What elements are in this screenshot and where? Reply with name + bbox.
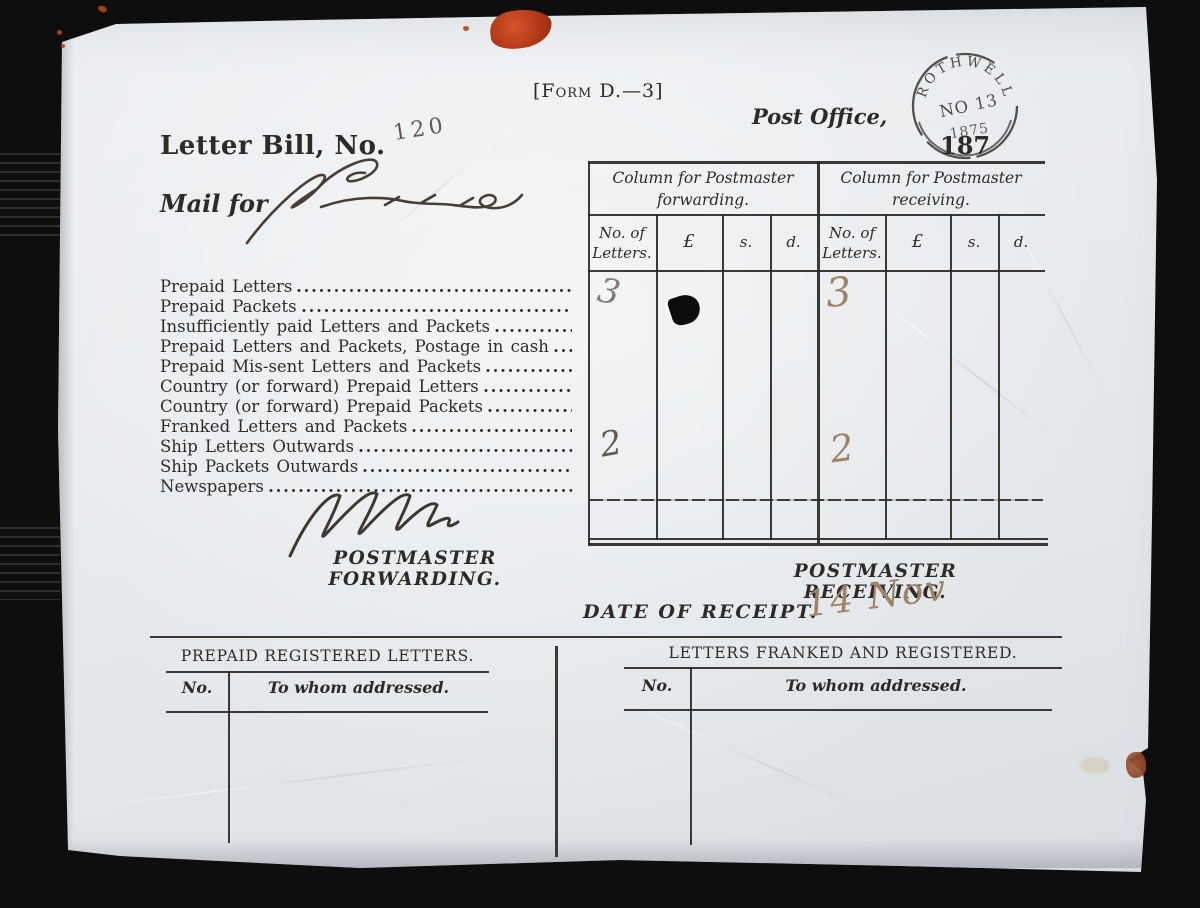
dotted-leader <box>495 328 572 333</box>
letter-bill-number-handwritten: 120 <box>391 113 448 146</box>
col-header-pounds: £ <box>656 231 722 252</box>
red-speck <box>61 44 65 48</box>
entry-forwarding-prepaid-letters: 3 <box>594 270 623 314</box>
item-label: Ship Letters Outwards <box>160 437 354 457</box>
right-col-addressed: To whom addressed. <box>690 676 1062 695</box>
dotted-leader <box>363 468 572 473</box>
form-number: [Form D.—3] <box>533 80 664 102</box>
prepaid-registered-letters-title: PREPAID REGISTERED LETTERS. <box>166 647 489 665</box>
table-rule <box>998 214 1000 540</box>
item-label: Country (or forward) Prepaid Packets <box>160 397 483 417</box>
red-speck <box>97 5 108 14</box>
section-divider-rule <box>150 636 1062 638</box>
svg-text:ROTHWELL: ROTHWELL <box>914 53 1017 101</box>
receiving-header-line2: receiving. <box>892 191 970 209</box>
item-label: Insufficiently paid Letters and Packets <box>160 317 490 337</box>
dotted-leader <box>302 308 572 313</box>
dotted-leader <box>412 428 572 433</box>
mail-for-handwritten-scrawl <box>225 145 535 250</box>
list-item: Ship Letters Outwards <box>160 437 574 457</box>
dotted-leader <box>359 448 572 453</box>
entry-receiving-prepaid-letters: 3 <box>824 269 853 317</box>
table-rule <box>166 671 489 673</box>
table-rule <box>885 214 887 540</box>
col-header-shillings: s. <box>950 233 998 251</box>
letters-franked-registered-title: LETTERS FRANKED AND REGISTERED. <box>624 644 1062 662</box>
mail-category-list: Prepaid Letters Prepaid Packets Insuffic… <box>160 277 574 497</box>
postmark-rothwell: ROTHWELL NO 13 1875 <box>903 46 1029 168</box>
item-label: Country (or forward) Prepaid Letters <box>160 377 479 397</box>
postmark-town: ROTHWELL <box>914 53 1017 101</box>
red-spot-right-edge <box>1126 752 1146 778</box>
dotted-leader <box>484 388 572 393</box>
entry-forwarding-franked: 2 <box>597 422 625 465</box>
col-header-pence: d. <box>770 233 817 251</box>
paper-edge-shadow <box>62 838 1142 868</box>
item-label: Prepaid Letters and Packets, Postage in … <box>160 337 549 357</box>
paper-crease <box>864 288 1050 434</box>
post-office-label: Post Office, <box>752 104 887 129</box>
dotted-leader <box>297 288 572 293</box>
list-item: Country (or forward) Prepaid Letters <box>160 377 574 397</box>
list-item: Prepaid Packets <box>160 297 574 317</box>
table-rule <box>624 709 1052 711</box>
table-rule <box>166 711 488 713</box>
table-rule <box>950 214 952 540</box>
table-rule <box>817 161 820 545</box>
col-header-no-of-letters: No. of Letters. <box>820 224 884 263</box>
wax-speck <box>463 26 469 31</box>
scanned-letter-bill: [Form D.—3] Post Office, 187 Letter Bill… <box>0 0 1200 908</box>
paper-edge-shadow <box>58 40 74 850</box>
postmaster-forwarding-label: POSTMASTER FORWARDING. <box>260 548 570 590</box>
col-header-shillings: s. <box>722 233 770 251</box>
item-label: Ship Packets Outwards <box>160 457 358 477</box>
list-item: Insufficiently paid Letters and Packets <box>160 317 574 337</box>
left-col-addressed: To whom addressed. <box>228 678 489 697</box>
tan-stain <box>1080 757 1110 774</box>
dotted-leader <box>488 408 572 413</box>
list-item: Prepaid Letters <box>160 277 574 297</box>
left-col-no: No. <box>166 678 228 697</box>
date-of-receipt-label: DATE OF RECEIPT. <box>583 601 818 623</box>
right-col-no: No. <box>624 676 690 695</box>
table-rule <box>555 646 558 857</box>
receiving-header-line1: Column for Postmaster <box>840 169 1021 187</box>
item-label: Newspapers <box>160 477 264 497</box>
table-rule <box>656 214 658 540</box>
table-rule <box>588 161 590 545</box>
table-rule <box>722 214 724 540</box>
table-rule <box>770 214 772 540</box>
postmark-day: NO 13 <box>938 90 1000 121</box>
forwarding-header-line2: forwarding. <box>657 191 749 209</box>
item-label: Prepaid Letters <box>160 277 292 297</box>
list-item: Prepaid Letters and Packets, Postage in … <box>160 337 574 357</box>
paper-crease <box>95 757 482 807</box>
postmark-year: 1875 <box>949 120 991 142</box>
item-label: Franked Letters and Packets <box>160 417 407 437</box>
paper-sheet: [Form D.—3] Post Office, 187 Letter Bill… <box>0 0 1200 908</box>
scan-streak <box>0 524 60 600</box>
punch-hole <box>666 291 703 328</box>
list-item: Country (or forward) Prepaid Packets <box>160 397 574 417</box>
scan-streak <box>0 150 60 242</box>
list-item: Ship Packets Outwards <box>160 457 574 477</box>
forwarding-header-line1: Column for Postmaster <box>612 169 793 187</box>
item-label: Prepaid Mis-sent Letters and Packets <box>160 357 481 377</box>
col-header-pence: d. <box>998 233 1044 251</box>
col-header-pounds: £ <box>885 231 950 252</box>
item-label: Prepaid Packets <box>160 297 297 317</box>
red-speck <box>57 30 62 35</box>
col-header-no-of-letters: No. of Letters. <box>590 224 654 263</box>
dotted-leader <box>486 368 572 373</box>
entry-receiving-franked: 2 <box>827 426 856 472</box>
list-item: Franked Letters and Packets <box>160 417 574 437</box>
list-item: Prepaid Mis-sent Letters and Packets <box>160 357 574 377</box>
dotted-leader <box>554 348 572 353</box>
